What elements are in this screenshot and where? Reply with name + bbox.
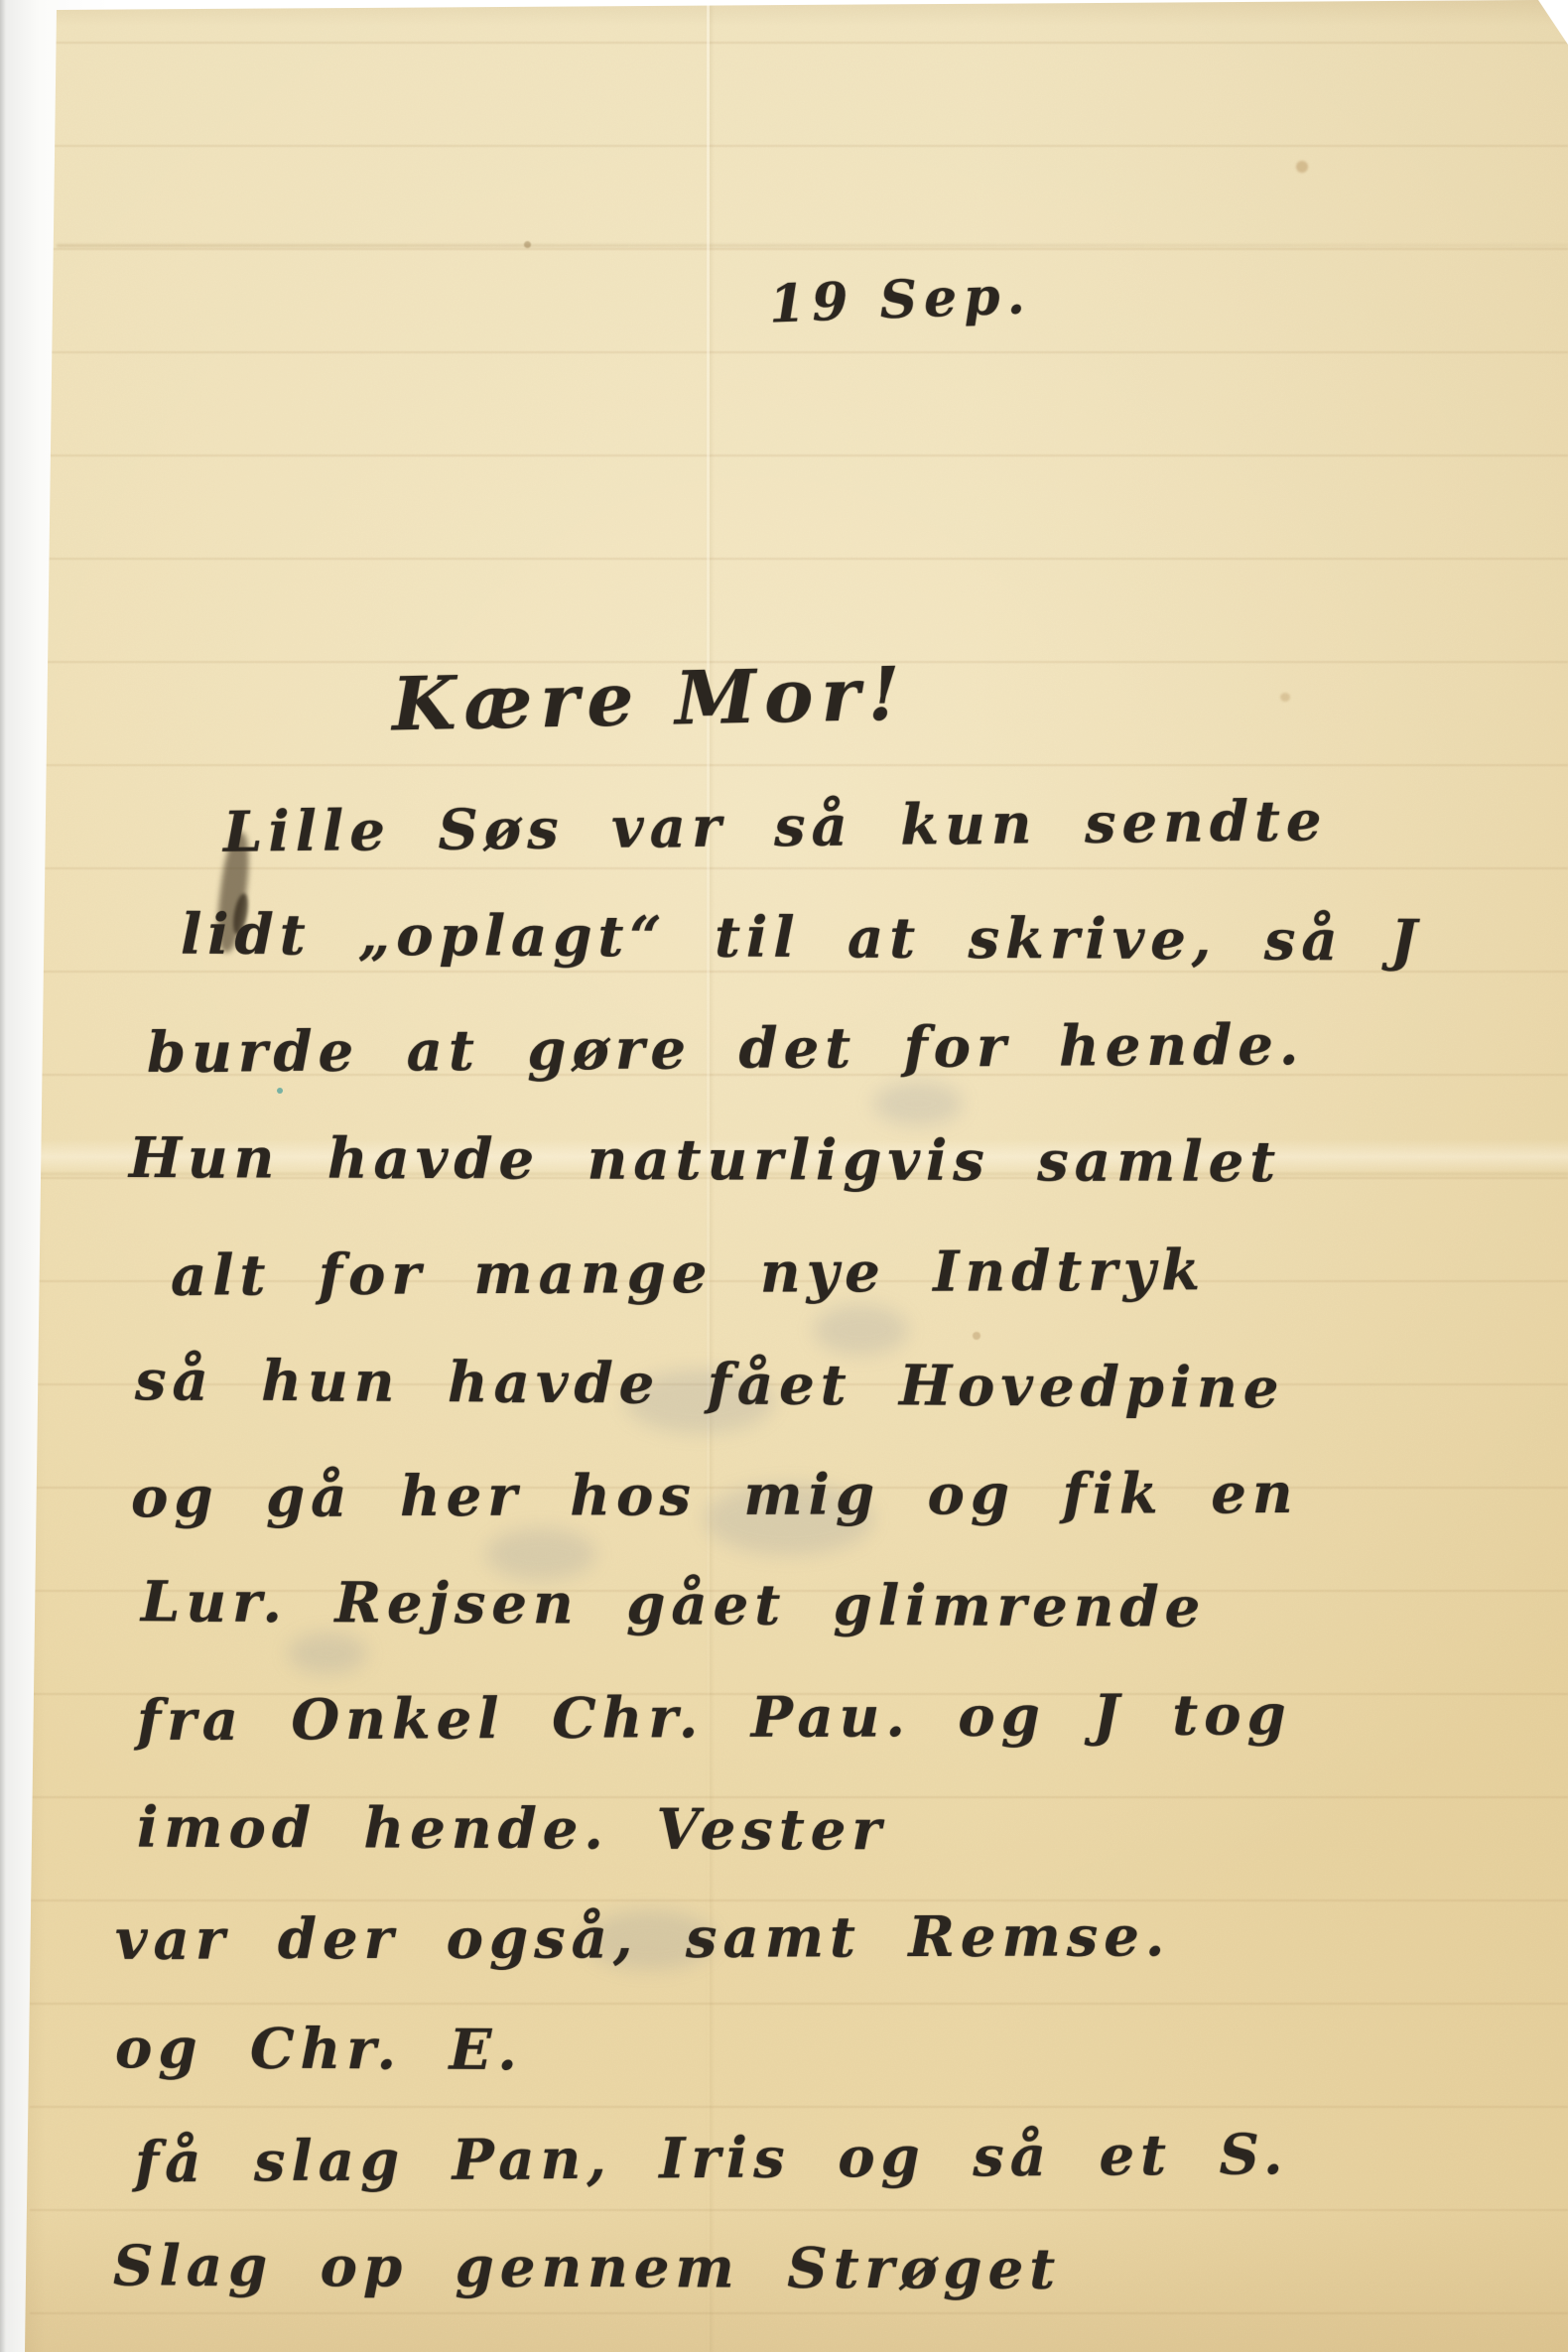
letter-line: og gå her hos mig og fik en — [131, 1461, 1299, 1530]
letter-line: lidt „oplagt“ til at skrive, så J — [181, 902, 1423, 975]
letter-line: få slag Pan, Iris og så et S. — [135, 2122, 1289, 2195]
ink-showthrough — [814, 1305, 908, 1355]
letter-line: Slag op gennem Strøget — [113, 2233, 1061, 2301]
paper-stain — [1296, 161, 1308, 173]
paper-stain — [277, 1088, 283, 1094]
letter-line: så hun havde fået Hovedpine — [135, 1348, 1285, 1421]
letter-line: Lille Søs var så kun sendte — [223, 788, 1328, 865]
letter-line: fra Onkel Chr. Pau. og J tog — [137, 1682, 1292, 1754]
letter-line: alt for mange nye Indtryk — [171, 1238, 1206, 1308]
ruled-lines — [30, 42, 1568, 2352]
letter-line: imod hende. Vester — [137, 1795, 887, 1864]
letter-line: burde at gøre det for hende. — [147, 1012, 1305, 1086]
letter-line: var der også, samt Remse. — [115, 1903, 1171, 1973]
ink-showthrough — [873, 1082, 963, 1125]
corner-fold — [1512, 0, 1568, 54]
letter-line: Lur. Rejsen gået glimrende — [141, 1569, 1207, 1640]
letter-date: 19 Sep. — [768, 265, 1033, 334]
scanned-letter: 19 Sep. Kære Mor! Lille Søs var så kun s… — [0, 0, 1568, 2352]
letter-line: Hun havde naturligvis samlet — [129, 1125, 1281, 1195]
letter-page: 19 Sep. Kære Mor! Lille Søs var så kun s… — [0, 0, 1568, 2352]
letter-line: og Chr. E. — [115, 2016, 523, 2083]
paper-stain — [973, 1332, 980, 1340]
ink-showthrough — [288, 1633, 367, 1674]
paper-stain — [524, 241, 531, 248]
letter-salutation: Kære Mor! — [391, 652, 909, 748]
paper-stain — [1280, 693, 1290, 702]
